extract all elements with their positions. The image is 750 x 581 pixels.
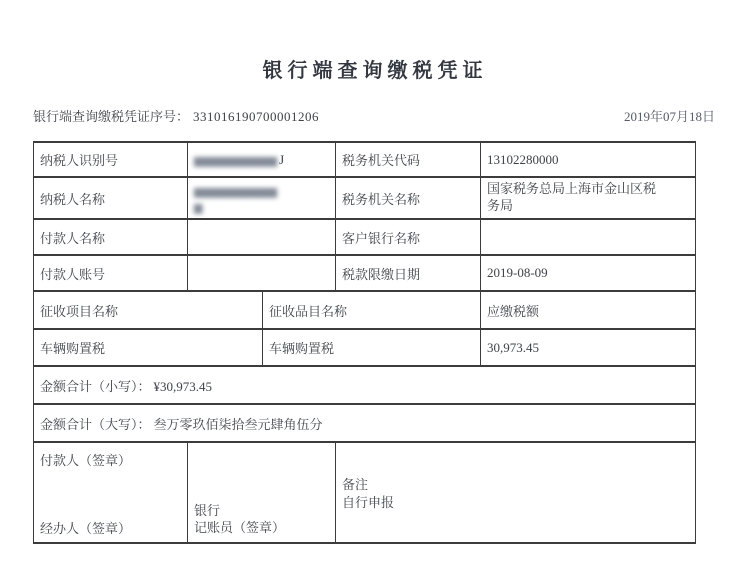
table-row: 付款人名称 客户银行名称 xyxy=(34,219,696,255)
document-date: 2019年07月18日 xyxy=(624,106,715,125)
total-lower-value: ¥30,973.45 xyxy=(154,379,213,394)
value-levy-item: 车辆购置税 xyxy=(34,329,263,366)
label-tax-due-date: 税款限缴日期 xyxy=(336,255,481,291)
value-levy-amount: 30,973.45 xyxy=(481,329,696,366)
label-payer-account: 付款人账号 xyxy=(34,255,188,291)
total-amount-lowercase: 金额合计（小写）：¥30,973.45 xyxy=(34,366,696,404)
table-row: 征收项目名称 征收品目名称 应缴税额 xyxy=(34,291,696,329)
value-tax-authority-name: 国家税务总局上海市金山区税 务局 xyxy=(481,177,696,219)
label-taxpayer-name: 纳税人名称 xyxy=(34,177,188,219)
table-row: 付款人账号 税款限缴日期 2019-08-09 xyxy=(34,255,696,291)
remark-value: 自行申报 xyxy=(342,494,689,512)
value-levy-subitem: 车辆购置税 xyxy=(263,329,481,366)
header-levy-amount: 应缴税额 xyxy=(481,291,696,329)
table-row: 车辆购置税 车辆购置税 30,973.45 xyxy=(34,329,696,366)
value-taxpayer-id: ▆▆▆▆▆▆▆▆▆▆▆J xyxy=(188,142,336,177)
header-levy-subitem: 征收品目名称 xyxy=(263,291,481,329)
masked-suffix: J xyxy=(279,152,284,167)
value-tax-due-date: 2019-08-09 xyxy=(481,255,696,291)
page-title: 银行端查询缴税凭证 xyxy=(0,54,750,83)
serial-label: 银行端查询缴税凭证序号： xyxy=(33,109,189,124)
value-tax-authority-code: 13102280000 xyxy=(481,142,696,177)
table-row: 纳税人名称 ▆▆▆▆▆▆▆▆▆▆▆ ▆ 税务机关名称 国家税务总局上海市金山区税… xyxy=(34,177,696,219)
total-upper-label: 金额合计（大写）： xyxy=(40,417,151,432)
table-row: 金额合计（大写）：叁万零玖佰柒拾叁元肆角伍分 xyxy=(34,404,696,442)
remark-label: 备注 xyxy=(342,476,689,494)
masked-value-line2: ▆ xyxy=(194,201,201,214)
masked-value: ▆▆▆▆▆▆▆▆▆▆▆ xyxy=(194,154,276,167)
remark-cell: 备注 自行申报 xyxy=(336,442,696,543)
label-taxpayer-id: 纳税人识别号 xyxy=(34,142,188,177)
value-payer-account xyxy=(188,255,336,291)
label-payer-name: 付款人名称 xyxy=(34,219,188,255)
bank-signature-cell: 银行 记账员（签章） xyxy=(188,442,336,543)
value-taxpayer-name: ▆▆▆▆▆▆▆▆▆▆▆ ▆ xyxy=(188,177,336,219)
table-row: 金额合计（小写）：¥30,973.45 xyxy=(34,366,696,404)
handler-sign-label: 经办人（签章） xyxy=(40,518,181,537)
header-levy-item: 征收项目名称 xyxy=(34,291,263,329)
voucher-page: 银行端查询缴税凭证 银行端查询缴税凭证序号：331016190700001206… xyxy=(0,0,750,581)
value-payer-name xyxy=(188,219,336,255)
serial-line: 银行端查询缴税凭证序号：331016190700001206 xyxy=(33,106,319,125)
total-amount-uppercase: 金额合计（大写）：叁万零玖佰柒拾叁元肆角伍分 xyxy=(34,404,696,442)
label-customer-bank-name: 客户银行名称 xyxy=(336,219,481,255)
total-upper-value: 叁万零玖佰柒拾叁元肆角伍分 xyxy=(154,417,323,432)
bookkeeper-sign-label: 记账员（签章） xyxy=(194,519,329,537)
masked-value-line1: ▆▆▆▆▆▆▆▆▆▆▆ xyxy=(194,185,276,198)
value-customer-bank-name xyxy=(481,219,696,255)
payer-signature-cell: 付款人（签章） 经办人（签章） xyxy=(34,442,188,543)
bank-label: 银行 xyxy=(194,502,329,520)
table-row: 付款人（签章） 经办人（签章） 银行 记账员（签章） 备注 自行申报 xyxy=(34,442,696,543)
label-tax-authority-code: 税务机关代码 xyxy=(336,142,481,177)
voucher-table: 纳税人识别号 ▆▆▆▆▆▆▆▆▆▆▆J 税务机关代码 13102280000 纳… xyxy=(33,141,696,544)
serial-number: 331016190700001206 xyxy=(193,109,319,124)
table-row: 纳税人识别号 ▆▆▆▆▆▆▆▆▆▆▆J 税务机关代码 13102280000 xyxy=(34,142,696,177)
label-tax-authority-name: 税务机关名称 xyxy=(336,177,481,219)
payer-sign-label: 付款人（签章） xyxy=(40,450,181,469)
meta-line: 银行端查询缴税凭证序号：331016190700001206 2019年07月1… xyxy=(33,106,717,124)
total-lower-label: 金额合计（小写）： xyxy=(40,379,151,394)
